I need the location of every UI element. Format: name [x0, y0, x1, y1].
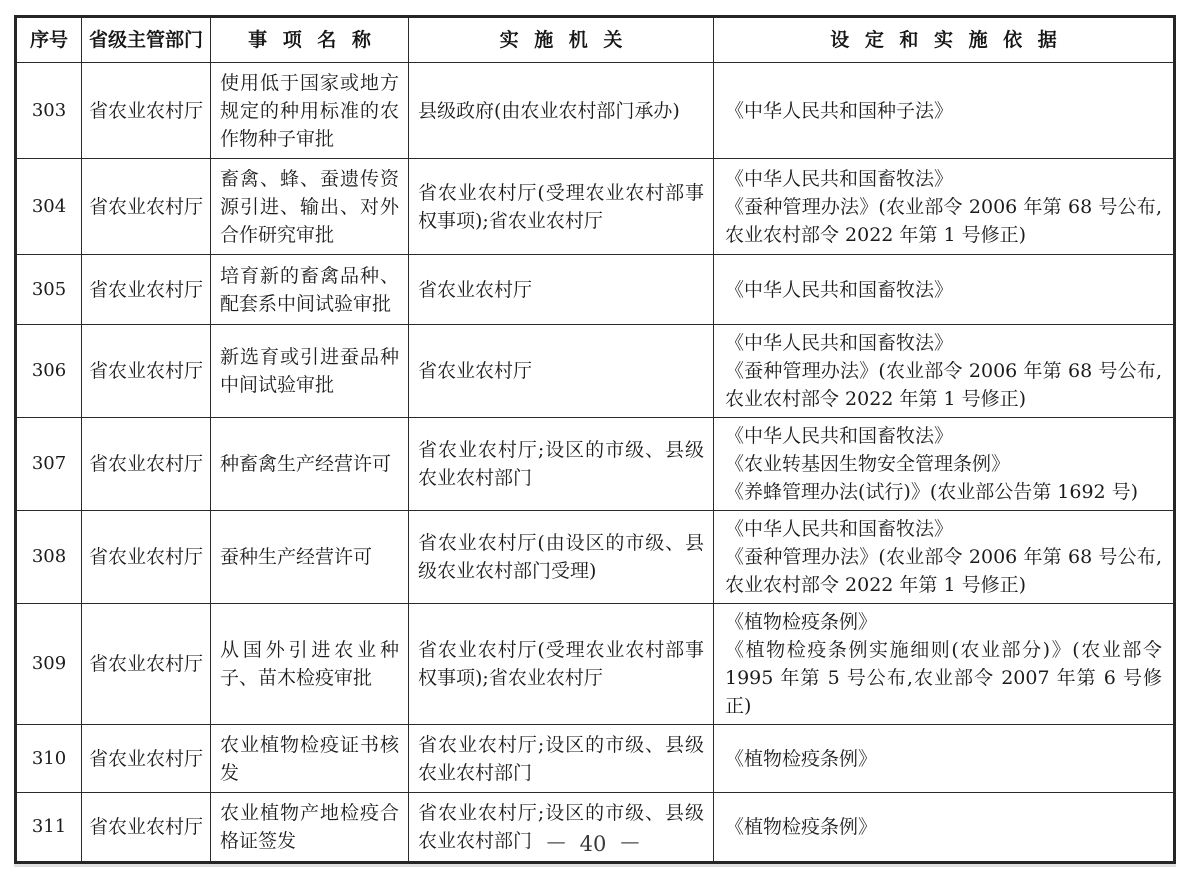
- basis-line: 《中华人民共和国畜牧法》: [725, 165, 1162, 193]
- cell-basis: 《中华人民共和国畜牧法》 《蚕种管理办法》(农业部令 2006 年第 68 号公…: [714, 325, 1175, 418]
- basis-line: 《中华人民共和国种子法》: [725, 97, 1162, 125]
- cell-basis: 《中华人民共和国种子法》: [714, 63, 1175, 159]
- table-row: 303 省农业农村厅 使用低于国家或地方规定的种用标准的农作物种子审批 县级政府…: [16, 63, 1175, 159]
- table-row: 307 省农业农村厅 种畜禽生产经营许可 省农业农村厅;设区的市级、县级农业农村…: [16, 418, 1175, 511]
- header-serial-number: 序号: [16, 17, 82, 63]
- cell-serial-number: 304: [16, 159, 82, 255]
- cell-department: 省农业农村厅: [82, 63, 211, 159]
- cell-serial-number: 306: [16, 325, 82, 418]
- cell-basis: 《中华人民共和国畜牧法》 《蚕种管理办法》(农业部令 2006 年第 68 号公…: [714, 511, 1175, 604]
- cell-department: 省农业农村厅: [82, 604, 211, 725]
- table-row: 308 省农业农村厅 蚕种生产经营许可 省农业农村厅(由设区的市级、县级农业农村…: [16, 511, 1175, 604]
- cell-item-name: 培育新的畜禽品种、配套系中间试验审批: [211, 255, 409, 325]
- cell-department: 省农业农村厅: [82, 325, 211, 418]
- cell-basis: 《中华人民共和国畜牧法》 《农业转基因生物安全管理条例》 《养蜂管理办法(试行)…: [714, 418, 1175, 511]
- basis-line: 《蚕种管理办法》(农业部令 2006 年第 68 号公布,农业农村部令 2022…: [725, 543, 1162, 599]
- approval-items-table: 序号 省级主管部门 事项名称 实施机关 设定和实施依据 303 省农业农村厅 使…: [14, 15, 1176, 864]
- cell-agency: 省农业农村厅: [409, 255, 714, 325]
- cell-serial-number: 307: [16, 418, 82, 511]
- cell-item-name: 农业植物检疫证书核发: [211, 725, 409, 793]
- cell-basis: 《中华人民共和国畜牧法》: [714, 255, 1175, 325]
- cell-basis: 《植物检疫条例》: [714, 725, 1175, 793]
- cell-item-name: 种畜禽生产经营许可: [211, 418, 409, 511]
- cell-agency: 省农业农村厅: [409, 325, 714, 418]
- basis-line: 《植物检疫条例实施细则(农业部分)》(农业部令 1995 年第 5 号公布,农业…: [725, 636, 1162, 720]
- cell-item-name: 从国外引进农业种子、苗木检疫审批: [211, 604, 409, 725]
- cell-serial-number: 305: [16, 255, 82, 325]
- cell-agency: 省农业农村厅;设区的市级、县级农业农村部门: [409, 725, 714, 793]
- page-number: 40: [580, 832, 607, 856]
- page-footer: —40—: [0, 832, 1186, 856]
- cell-item-name: 新选育或引进蚕品种中间试验审批: [211, 325, 409, 418]
- cell-serial-number: 309: [16, 604, 82, 725]
- cell-agency: 省农业农村厅(由设区的市级、县级农业农村部门受理): [409, 511, 714, 604]
- cell-basis: 《植物检疫条例》 《植物检疫条例实施细则(农业部分)》(农业部令 1995 年第…: [714, 604, 1175, 725]
- cell-serial-number: 310: [16, 725, 82, 793]
- table-row: 310 省农业农村厅 农业植物检疫证书核发 省农业农村厅;设区的市级、县级农业农…: [16, 725, 1175, 793]
- cell-department: 省农业农村厅: [82, 511, 211, 604]
- basis-line: 《中华人民共和国畜牧法》: [725, 515, 1162, 543]
- footer-dash-left: —: [547, 831, 566, 853]
- cell-department: 省农业农村厅: [82, 255, 211, 325]
- cell-department: 省农业农村厅: [82, 725, 211, 793]
- header-provincial-department: 省级主管部门: [82, 17, 211, 63]
- cell-agency: 县级政府(由农业农村部门承办): [409, 63, 714, 159]
- cell-agency: 省农业农村厅(受理农业农村部事权事项);省农业农村厅: [409, 159, 714, 255]
- basis-line: 《中华人民共和国畜牧法》: [725, 276, 1162, 304]
- cell-serial-number: 308: [16, 511, 82, 604]
- table-header-row: 序号 省级主管部门 事项名称 实施机关 设定和实施依据: [16, 17, 1175, 63]
- basis-line: 《养蜂管理办法(试行)》(农业部公告第 1692 号): [725, 478, 1162, 506]
- cell-serial-number: 303: [16, 63, 82, 159]
- table-row: 306 省农业农村厅 新选育或引进蚕品种中间试验审批 省农业农村厅 《中华人民共…: [16, 325, 1175, 418]
- footer-dash-right: —: [620, 831, 639, 853]
- basis-line: 《植物检疫条例》: [725, 745, 1162, 773]
- cell-department: 省农业农村厅: [82, 418, 211, 511]
- document-page: 序号 省级主管部门 事项名称 实施机关 设定和实施依据 303 省农业农村厅 使…: [0, 0, 1186, 883]
- cell-agency: 省农业农村厅;设区的市级、县级农业农村部门: [409, 418, 714, 511]
- basis-line: 《蚕种管理办法》(农业部令 2006 年第 68 号公布,农业农村部令 2022…: [725, 357, 1162, 413]
- basis-line: 《农业转基因生物安全管理条例》: [725, 450, 1162, 478]
- table-row: 309 省农业农村厅 从国外引进农业种子、苗木检疫审批 省农业农村厅(受理农业农…: [16, 604, 1175, 725]
- cell-item-name: 蚕种生产经营许可: [211, 511, 409, 604]
- basis-line: 《中华人民共和国畜牧法》: [725, 422, 1162, 450]
- table-row: 305 省农业农村厅 培育新的畜禽品种、配套系中间试验审批 省农业农村厅 《中华…: [16, 255, 1175, 325]
- header-implementing-agency: 实施机关: [409, 17, 714, 63]
- basis-line: 《植物检疫条例》: [725, 608, 1162, 636]
- cell-basis: 《中华人民共和国畜牧法》 《蚕种管理办法》(农业部令 2006 年第 68 号公…: [714, 159, 1175, 255]
- basis-line: 《蚕种管理办法》(农业部令 2006 年第 68 号公布,农业农村部令 2022…: [725, 193, 1162, 249]
- cell-agency: 省农业农村厅(受理农业农村部事权事项);省农业农村厅: [409, 604, 714, 725]
- header-item-name: 事项名称: [211, 17, 409, 63]
- cell-item-name: 使用低于国家或地方规定的种用标准的农作物种子审批: [211, 63, 409, 159]
- basis-line: 《中华人民共和国畜牧法》: [725, 329, 1162, 357]
- header-setting-basis: 设定和实施依据: [714, 17, 1175, 63]
- cell-department: 省农业农村厅: [82, 159, 211, 255]
- cell-item-name: 畜禽、蜂、蚕遗传资源引进、输出、对外合作研究审批: [211, 159, 409, 255]
- table-row: 304 省农业农村厅 畜禽、蜂、蚕遗传资源引进、输出、对外合作研究审批 省农业农…: [16, 159, 1175, 255]
